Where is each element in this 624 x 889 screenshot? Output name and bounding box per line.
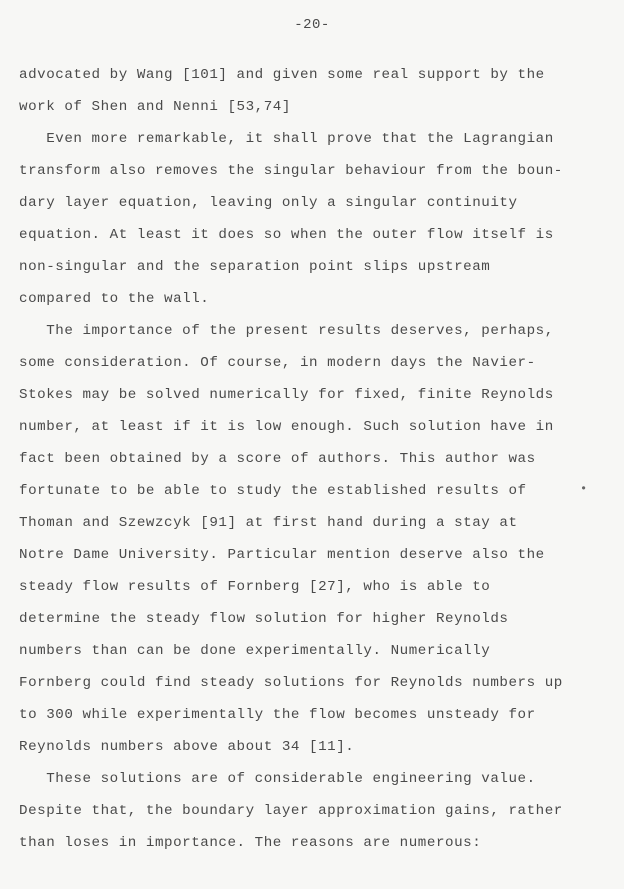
text-line: dary layer equation, leaving only a sing… bbox=[19, 192, 619, 224]
text-line: work of Shen and Nenni [53,74] bbox=[19, 96, 619, 128]
body-text: advocated by Wang [101] and given some r… bbox=[19, 64, 619, 864]
text-line: Fornberg could find steady solutions for… bbox=[19, 672, 619, 704]
text-line: numbers than can be done experimentally.… bbox=[19, 640, 619, 672]
margin-mark: • bbox=[580, 482, 587, 496]
text-line: equation. At least it does so when the o… bbox=[19, 224, 619, 256]
text-line: The importance of the present results de… bbox=[19, 320, 619, 352]
text-line: non-singular and the separation point sl… bbox=[19, 256, 619, 288]
text-line: fact been obtained by a score of authors… bbox=[19, 448, 619, 480]
text-line: Reynolds numbers above about 34 [11]. bbox=[19, 736, 619, 768]
text-line: compared to the wall. bbox=[19, 288, 619, 320]
text-line: determine the steady flow solution for h… bbox=[19, 608, 619, 640]
text-line: steady flow results of Fornberg [27], wh… bbox=[19, 576, 619, 608]
text-line: number, at least if it is low enough. Su… bbox=[19, 416, 619, 448]
text-line: Despite that, the boundary layer approxi… bbox=[19, 800, 619, 832]
text-line: some consideration. Of course, in modern… bbox=[19, 352, 619, 384]
text-line: Stokes may be solved numerically for fix… bbox=[19, 384, 619, 416]
text-line: than loses in importance. The reasons ar… bbox=[19, 832, 619, 864]
page-number: -20- bbox=[0, 17, 624, 33]
text-line: fortunate to be able to study the establ… bbox=[19, 480, 619, 512]
text-line: advocated by Wang [101] and given some r… bbox=[19, 64, 619, 96]
text-line: Even more remarkable, it shall prove tha… bbox=[19, 128, 619, 160]
text-line: transform also removes the singular beha… bbox=[19, 160, 619, 192]
text-line: Thoman and Szewzcyk [91] at first hand d… bbox=[19, 512, 619, 544]
text-line: These solutions are of considerable engi… bbox=[19, 768, 619, 800]
text-line: to 300 while experimentally the flow bec… bbox=[19, 704, 619, 736]
text-line: Notre Dame University. Particular mentio… bbox=[19, 544, 619, 576]
